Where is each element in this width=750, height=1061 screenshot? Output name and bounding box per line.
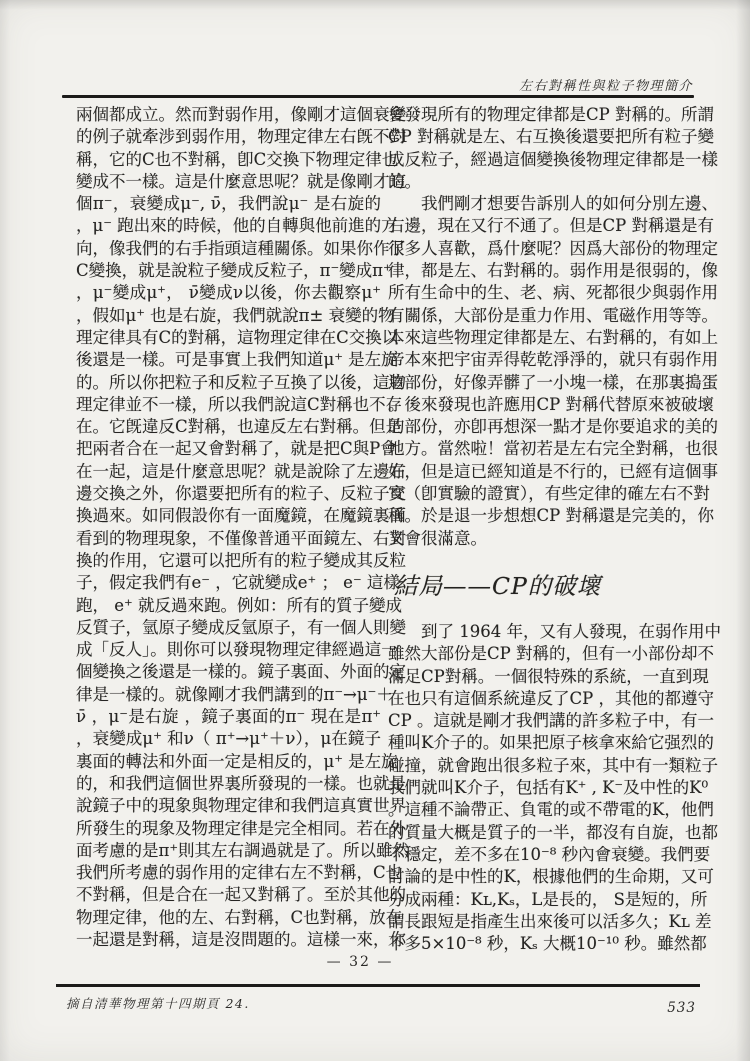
text-line: 面考慮的是π⁺則其左右調過就是了。所以雖然 (76, 840, 381, 862)
text-line: 個π⁻，衰變成μ⁻, ν̄，我們說μ⁻ 是右旋的 (76, 193, 381, 215)
text-line: 所有生命中的生、老、病、死都很少與弱作用 (388, 282, 696, 304)
text-line: 有關係，大部份是重力作用、電磁作用等等。 (388, 305, 696, 327)
footer-rule (56, 984, 700, 987)
text-line: 換過來。如同假設你有一面魔鏡，在魔鏡裏面 (76, 505, 381, 527)
text-line: ，μ⁻變成μ⁺， ν̄變成ν以後，你去觀察μ⁺ (76, 282, 381, 304)
text-line: CP 。這就是剛才我們講的許多粒子中，有一 (388, 710, 696, 732)
text-line: 在一起，這是什麼意思呢？就是說除了左邊右 (76, 461, 381, 483)
text-line: 右邊，現在又行不通了。但是CP 對稱還是有 (388, 215, 696, 237)
text-line: 好，但是這已經知道是不行的，已經有這個事 (388, 461, 696, 483)
left-text-column: 兩個都成立。然而對弱作用，像剛才這個衰變的例子就牽涉到弱作用，物理定律左右旣不對… (76, 104, 381, 951)
text-line: 又會很滿意。 (388, 528, 696, 550)
text-line: 在。它旣違反C對稱，也違反左右對稱。但是 (76, 416, 381, 438)
text-line: 所發生的現象及物理定律是完全相同。若在外 (76, 818, 381, 840)
text-line: 不對稱，但是合在一起又對稱了。至於其他的 (76, 884, 381, 906)
text-line: 的例子就牽涉到弱作用，物理定律左右旣不對 (76, 126, 381, 148)
text-line: 很多人喜歡，爲什麼呢？因爲大部份的物理定 (388, 238, 696, 260)
text-line: 謂長跟短是指產生出來後可以活多久；Kʟ 差 (388, 911, 696, 933)
text-line: 不多5×10⁻⁸ 秒，Kₛ 大概10⁻¹⁰ 秒。雖然都 (388, 933, 696, 955)
text-line: 的質量大概是質子的一半，都沒有自旋，也都 (388, 822, 696, 844)
text-line: 成「反人」。則你可以發現物理定律經過這一 (76, 639, 381, 661)
text-line: 的部份，亦卽再想深一點才是你要追求的美的 (388, 416, 696, 438)
header-rule (62, 95, 694, 98)
text-line: 理定律具有C的對稱，這物理定律在C交換以 (76, 327, 381, 349)
text-line: 在也只有這個系統違反了CP ，其他的都遵守 (388, 688, 696, 710)
text-line: 把兩者合在一起又會對稱了，就是把C與P會 (76, 438, 381, 460)
text-line: 雖然大部份是CP 對稱的，但有一小部份却不 (388, 643, 696, 665)
text-line: 稱。於是退一步想想CP 對稱還是完美的，你 (388, 505, 696, 527)
text-line: 物理定律，他的左、右對稱，C也對稱，放在 (76, 907, 381, 929)
text-line: 分成兩種：Kʟ,Kₛ，L是長的， S是短的，所 (388, 889, 696, 911)
text-line: 這部份，好像弄髒了一小塊一樣，在那裏搗蛋 (388, 372, 696, 394)
text-line: ，衰變成μ⁺ 和ν（ π⁺→μ⁺＋ν），μ在鏡子 (76, 728, 381, 750)
page-number-center: — 32 — (300, 954, 420, 970)
text-line: 不穩定，差不多在10⁻⁸ 秒內會衰變。我們要 (388, 844, 696, 866)
text-line: 實（卽實驗的證實），有些定律的確左右不對 (388, 483, 696, 505)
scan-edge-shade-top (0, 0, 750, 10)
section-heading: 結局——CP的破壞 (394, 571, 696, 602)
text-line: 成反粒子，經過這個變換後物理定律都是一樣 (388, 149, 696, 171)
scan-edge-shade-left (0, 0, 10, 1061)
text-line: 反質子，氫原子變成反氫原子，有一個人則變 (76, 617, 381, 639)
right-column-paragraph-1: 會發現所有的物理定律都是CP 對稱的。所謂CP 對稱就是左、右互換後還要把所有粒… (388, 104, 696, 550)
page-number-right: 533 (667, 1000, 696, 1016)
text-line: 帝本來把宇宙弄得乾乾淨淨的，就只有弱作用 (388, 349, 696, 371)
text-line: 說鏡子中的現象與物理定律和我們這真實世界 (76, 795, 381, 817)
text-line: 我們所考慮的弱作用的定律右左不對稱，C也 (76, 862, 381, 884)
text-line: 兩個都成立。然而對弱作用，像剛才這個衰變 (76, 104, 381, 126)
text-line: 跑， e⁺ 就反過來跑。例如：所有的質子變成 (76, 595, 381, 617)
text-line: 。後來發現也許應用CP 對稱代替原來被破壞 (388, 394, 696, 416)
text-line: 碰撞，就會跑出很多粒子來，其中有一類粒子 (388, 755, 696, 777)
text-line: 會發現所有的物理定律都是CP 對稱的。所謂 (388, 104, 696, 126)
text-line: 理定律並不一樣，所以我們說這C對稱也不存 (76, 394, 381, 416)
running-title: 左右對稱性與粒子物理簡介 (519, 75, 693, 94)
text-line: CP 對稱就是左、右互換後還要把所有粒子變 (388, 126, 696, 148)
text-line: 的。所以你把粒子和反粒子互換了以後，這物 (76, 372, 381, 394)
text-line: 稱，它的C也不對稱，卽C交換下物理定律也 (76, 149, 381, 171)
text-line: 個變換之後還是一樣的。鏡子裏面、外面的定 (76, 661, 381, 683)
text-line: 我們就叫K介子，包括有K⁺ , K⁻及中性的K⁰ (388, 777, 696, 799)
text-line: ，假如μ⁺ 也是右旋，我們就說π± 衰變的物 (76, 305, 381, 327)
text-line: 我們剛才想要告訴別人的如何分別左邊、 (388, 193, 696, 215)
text-line: 的。 (388, 171, 696, 193)
right-column-paragraph-2: 到了 1964 年，又有人發現，在弱作用中雖然大部份是CP 對稱的，但有一小部份… (388, 621, 696, 955)
scan-edge-shade-right (736, 0, 750, 1061)
text-line: 律是一樣的。就像剛才我們講到的π⁻→μ⁻＋ (76, 684, 381, 706)
text-line: 子，假定我們有e⁻ ，它就變成e⁺ ； e⁻ 這樣 (76, 572, 381, 594)
text-line: 向，像我們的右手指頭這種關係。如果你作了 (76, 238, 381, 260)
text-line: 本來這些物理定律都是左、右對稱的，有如上 (388, 327, 696, 349)
text-line: 討論的是中性的K，根據他們的生命期，又可 (388, 866, 696, 888)
text-line: 種叫K介子的。如果把原子核拿來給它强烈的 (388, 732, 696, 754)
text-line: 律，都是左、右對稱的。弱作用是很弱的，像 (388, 260, 696, 282)
text-line: 後還是一樣。可是事實上我們知道μ⁺ 是左旋 (76, 349, 381, 371)
text-line: 邊交換之外，你還要把所有的粒子、反粒子交 (76, 483, 381, 505)
text-line: 。這種不論帶正、負電的或不帶電的K，他們 (388, 799, 696, 821)
source-note: 摘自清華物理第十四期頁 24. (66, 994, 250, 1012)
text-line: C變換，就是說粒子變成反粒子，π⁻變成π⁺ (76, 260, 381, 282)
text-line: 一起還是對稱，這是沒問題的。這樣一來，你 (76, 929, 381, 951)
scanned-document-page: 左右對稱性與粒子物理簡介 兩個都成立。然而對弱作用，像剛才這個衰變的例子就牽涉到… (0, 0, 750, 1061)
text-line: 換的作用，它還可以把所有的粒子變成其反粒 (76, 550, 381, 572)
text-line: 滿足CP對稱。一個很特殊的系統，一直到現 (388, 666, 696, 688)
text-line: 變成不一樣。這是什麼意思呢？就是像剛才這 (76, 171, 381, 193)
text-line: ν̄ ，μ⁻是右旋 ，鏡子裏面的π⁻ 現在是π⁺ (76, 706, 381, 728)
text-line: 看到的物理現象，不僅像普通平面鏡左、右對 (76, 528, 381, 550)
text-line: 到了 1964 年，又有人發現，在弱作用中 (388, 621, 696, 643)
text-line: 的，和我們這個世界裏所發現的一樣。也就是 (76, 773, 381, 795)
text-line: 裏面的轉法和外面一定是相反的，μ⁺ 是左旋 (76, 751, 381, 773)
right-text-column: 會發現所有的物理定律都是CP 對稱的。所謂CP 對稱就是左、右互換後還要把所有粒… (388, 104, 696, 955)
text-line: ，μ⁻ 跑出來的時候，他的自轉與他前進的方 (76, 215, 381, 237)
text-line: 地方。當然啦！當初若是左右完全對稱，也很 (388, 438, 696, 460)
